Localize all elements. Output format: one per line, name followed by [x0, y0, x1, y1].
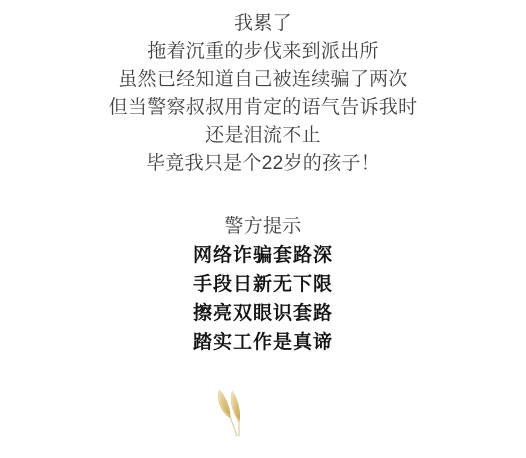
police-tips-line: 擦亮双眼识套路: [0, 299, 526, 328]
wheat-plume-icon: [214, 388, 248, 437]
police-tips-line: 网络诈骗套路深: [0, 241, 526, 270]
police-tips-line: 踏实工作是真谛: [0, 328, 526, 357]
police-tips-heading: 警方提示: [0, 212, 526, 241]
police-tips-line: 手段日新无下限: [0, 270, 526, 299]
story-text-block: 我累了 拖着沉重的步伐来到派出所 虽然已经知道自己被连续骗了两次 但当警察叔叔用…: [0, 10, 526, 178]
story-line: 但当警察叔叔用肯定的语气告诉我时: [0, 94, 526, 122]
article-page: 我累了 拖着沉重的步伐来到派出所 虽然已经知道自己被连续骗了两次 但当警察叔叔用…: [0, 0, 526, 458]
story-line: 毕竟我只是个22岁的孩子！: [0, 150, 526, 178]
story-line: 虽然已经知道自己被连续骗了两次: [0, 66, 526, 94]
story-line: 还是泪流不止: [0, 122, 526, 150]
dashed-divider: [0, 440, 526, 446]
police-tips-block: 警方提示 网络诈骗套路深 手段日新无下限 擦亮双眼识套路 踏实工作是真谛: [0, 212, 526, 357]
story-line: 我累了: [0, 10, 526, 38]
wheat-stem: [230, 417, 237, 436]
story-line: 拖着沉重的步伐来到派出所: [0, 38, 526, 66]
